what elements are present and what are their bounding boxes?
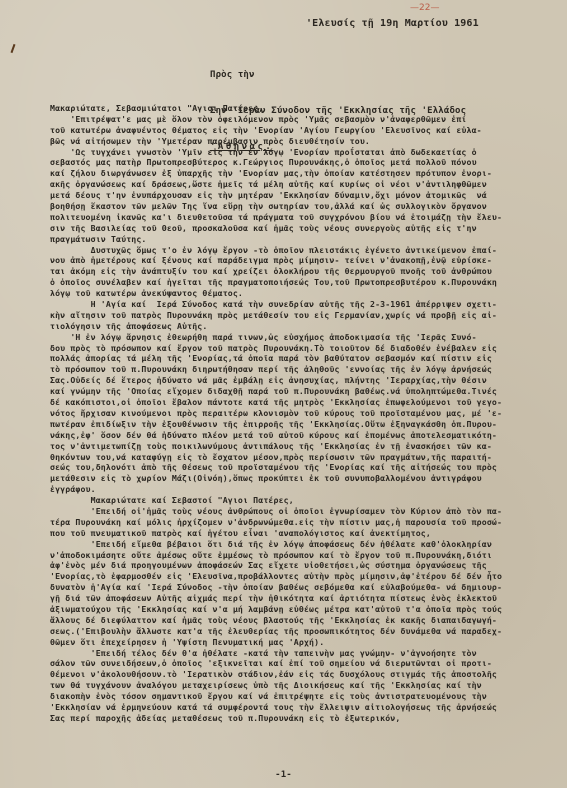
body-line: βοηθήσῃ ἕκαστον τῶν μελῶν Της ἵνα εὕρῃ τ… [50,201,502,212]
body-line: θηκόντων του,νά καταφύγῃ εἰς τὸ ἔσχατον … [50,452,502,463]
body-line: τέρα Πυρουνάκη καί μόλις ἠρχίζομεν ν'ἀνδ… [50,517,502,528]
body-line: σεως.('Επιβουλὴν ἄλλωστε κατ'α τῆς ἐλευθ… [50,626,502,637]
body-line: 'Ενορίας,τὸ ἐφαρμοσθέν εἰς 'Ελευσῖνα,προ… [50,571,502,582]
body-line: 'Επειδή εἴμεθα βέβαιοι ὅτι διά τῆς ἐν λό… [50,539,502,550]
body-line: σάλον τῶν συνειδήσεων,ὁ ὁποῖος 'εξικνεῖτ… [50,658,502,669]
ink-mark [11,44,16,53]
body-line: πολλάς ἀπορίας τά μέλη τῆς 'Ενορίας,τά ὁ… [50,353,502,364]
body-line: 'Η ἐν λόγῳ ἄρνησις ἐθεωρήθη παρά τινων,ὡ… [50,332,502,343]
dateline: 'Ελευσίς τῇ 19η Μαρτίου 1961 [306,19,479,30]
body-line: 'Επειδή τέλος δέν θ'α ἠθέλατε -κατά τὴν … [50,648,502,659]
body-line: πραγμάτωσιν Ταύτης. [50,234,502,245]
body-line: ἀξιωματούχου τῆς 'Εκκλησίας καί ν'α μή λ… [50,604,502,615]
body-line: κὴν αἴτησιν τοῦ πατρὸς Πυρουνάκη πρὸς με… [50,310,502,321]
body-line: νότος ἤρχισαν κινούμενοι πρὸς περαιτέρω … [50,408,502,419]
body-line: ται ἀκόμη εἰς τὴν ἀνάπτυξίν του καί χρεί… [50,266,502,277]
body-line: Σας περί παροχῆς ἀδείας μεταθέσεως τοῦ π… [50,713,502,724]
body-line: 'Επειδή οἱ'ἡμᾶς τοὺς νέους ἀνθρώπους οἱ … [50,506,502,517]
body-line: πολιτευομένη ἱκανῶς κα'ι διευθετοῦσα τά … [50,212,502,223]
body-line: 'Επιτρέψατ'ε μας μὲ ὅλον τὸν ὀφειλόμενον… [50,114,502,125]
body-line: ἀφ'ἑνὸς μέν διά προηγουμένων ἀποφάσεών Σ… [50,560,502,571]
body-line: μετά δέους τ'ην ἐνυπάρχουσαν εἰς τὴν μητ… [50,190,502,201]
document-page: —22— 'Ελευσίς τῇ 19η Μαρτίου 1961 Πρὸς τ… [0,0,567,788]
body-line: θῶμεν ὅτι ἐπεχείρησεν ἡ 'Υψίστη Πενυματι… [50,637,502,648]
body-line: τος ν'ἀντιμετωπίζῃ τοὺς ποικιλωνύμους ἀν… [50,441,502,452]
page-stamp: —22— [410,3,450,11]
page-number: -1- [0,770,567,781]
body-line: καί γνώμην τῆς 'Οποίας εἴχομεν διδαχθῇ π… [50,386,502,397]
body-line: ακῆς ὀργανώσεως καί δράσεως,ὥστε ἡμεῖς τ… [50,179,502,190]
body-line: νάκης,ἐφ' ὅσον δέν θά ἠδύνατο πλέον μετά… [50,430,502,441]
body-line: σεβαστός μας πατὴρ Πρωτοπρεσβύτερος κ.Γε… [50,157,502,168]
body-line: που τοῦ πνευματικοῦ πατρὸς καί ἡγέτου εἶ… [50,528,502,539]
body-line: θέμενοι ν'ἀκολουθήσουν.τὸ 'Ιερατικὸν στά… [50,669,502,680]
body-line: δου πρὸς τὸ πρόσωπον καί ἔργον τοῦ πατρὸ… [50,343,502,354]
body-line: 'Ως τυγχάνει γνωστὸν 'Υμῖν εἰς τὴν ἐν λό… [50,147,502,158]
body-line: Μακαριώτατε, Σεβασμιώτατοι "Αγιοι Πατέρε… [50,103,502,114]
body-line: ὁ ὁποῖος συνέλαβεν καί ἡγεῖται τῆς πραγμ… [50,277,502,288]
address-to: Πρὸς τὴν [210,69,466,81]
body-line: σιν τῆς Βασιλείας τοῦ Θεοῦ, προσκαλοῦσα … [50,223,502,234]
letter-body: Μακαριώτατε, Σεβασμιώτατοι "Αγιοι Πατέρε… [50,103,502,724]
body-line: τοῦ κατωτέρω ἀναφυέντος θέματος εἰς τὴν … [50,125,502,136]
body-line: των θά τυγχάνουν ἀναλόγου μεταχειρίσεως … [50,680,502,691]
body-line: δυνατὸν ἡ'Αγία καί 'Ιερά Σύνοδος -τὴν ὁπ… [50,582,502,593]
body-line: πωτέραν ἐπιδίωξιν τὴν ἐξουθένωσιν τῆς ἐπ… [50,419,502,430]
body-line: Σας.Οὐδείς δέ ἕτερος ἠδύνατο νά μᾶς ἐμβά… [50,375,502,386]
body-line: Δυστυχῶς ὅμως τ'ο ἐν λόγῳ ἔργον -τὸ ὁποῖ… [50,245,502,256]
body-line: ἄλλους δέ διεφύλαττον καί ἡμᾶς τοὺς νέου… [50,615,502,626]
body-line: δέ κακόπιστοι,οἱ ὁποῖοι ἔβαλον πάντοτε κ… [50,397,502,408]
body-line: νου ἀπὸ ἡμετέρους καί ξένους καί παράδει… [50,255,502,266]
body-line: 'Εκκλησίαν νά ἑρμηνεύουν κατά τά συμφέρο… [50,702,502,713]
body-line: τὸ πρόσωπον τοῦ π.Πυρουνάκη διηρωτήθησαν… [50,364,502,375]
body-line: ἐγγράφου. [50,484,502,495]
body-line: τιολόγησιν τῆς ἀποφάσεως Αὐτῆς. [50,321,502,332]
body-line: Μακαριώτατε καί Σεβαστοί "Αγιοι Πατέρες, [50,495,502,506]
body-line: ν'ἀποδοκιμάσητε οὔτε ἀμέσως οὔτε ἐμμέσως… [50,550,502,561]
body-line: λόγῳ τοῦ κατωτέρω ἀνεκύψαντος θέματος. [50,288,502,299]
body-line: βῶς νά αἰτήσωμεν τὴν 'Υμετέραν παρέμβασι… [50,136,502,147]
body-line: σεώς του,δηλονότι ἀπὸ τῆς θέσεως τοῦ προ… [50,462,502,473]
body-line: καί ζήλου διωργάνωσεν ἐξ ὑπαρχῆς τὴν 'Εν… [50,168,502,179]
body-line: Η 'Αγία καί Ιερά Σύνοδος κατά τὴν συνεδρ… [50,299,502,310]
body-line: μετάθεσιν εἰς τὸ χωρίον Μάζι(Οἰνόη),ὅπως… [50,473,502,484]
body-line: γῇ διά τῶν ἀποφάσεων Αὐτῆς αἰχμάς περί τ… [50,593,502,604]
body-line: διακοπὴν ἑνὸς τόσον σημαντικοῦ ἔργου καί… [50,691,502,702]
